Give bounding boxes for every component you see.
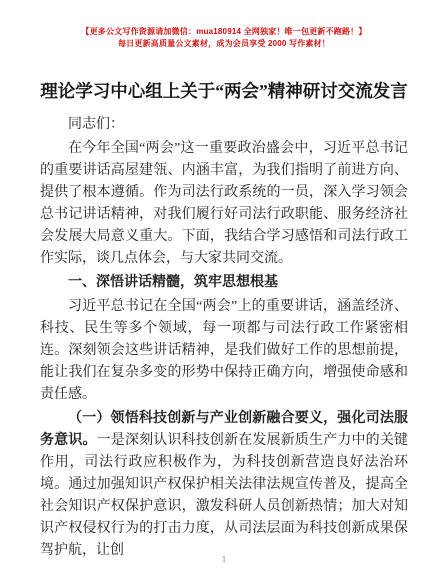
promo-line-2: 每日更新高质量公文素材，成为会员享受 2000 写作素材！ [0, 38, 448, 50]
promo-line-1: 【更多公文写作资源请加微信：mua180914 全网独家！唯一包更新不跑路！】 [0, 26, 448, 38]
paragraph-section-1: 习近平总书记在全国“两会”上的重要讲话，涵盖经济、科技、民生等多个领域，每一项都… [40, 296, 408, 406]
promo-header: 【更多公文写作资源请加微信：mua180914 全网独家！唯一包更新不跑路！】 … [0, 0, 448, 50]
document-page: 【更多公文写作资源请加微信：mua180914 全网独家！唯一包更新不跑路！】 … [0, 0, 448, 580]
section-1-heading: 一、深悟讲话精髓，筑牢思想根基 [40, 272, 408, 294]
subsection-1-body: 一是深刻认识科技创新在发展新质生产力中的关键作用，司法行政应积极作为，为科技创新… [40, 433, 408, 558]
document-body: 同志们： 在今年全国“两会”这一重要政治盛会中，习近平总书记的重要讲话高屋建瓴、… [40, 114, 408, 562]
page-number: 1 [0, 554, 448, 564]
paragraph-intro: 在今年全国“两会”这一重要政治盛会中，习近平总书记的重要讲话高屋建瓴、内涵丰富，… [40, 138, 408, 270]
document-title: 理论学习中心组上关于“两会”精神研讨交流发言 [38, 78, 410, 104]
salutation: 同志们： [40, 114, 408, 136]
paragraph-subsection-1: （一）领悟科技创新与产业创新融合要义，强化司法服务意识。一是深刻认识科技创新在发… [40, 408, 408, 562]
